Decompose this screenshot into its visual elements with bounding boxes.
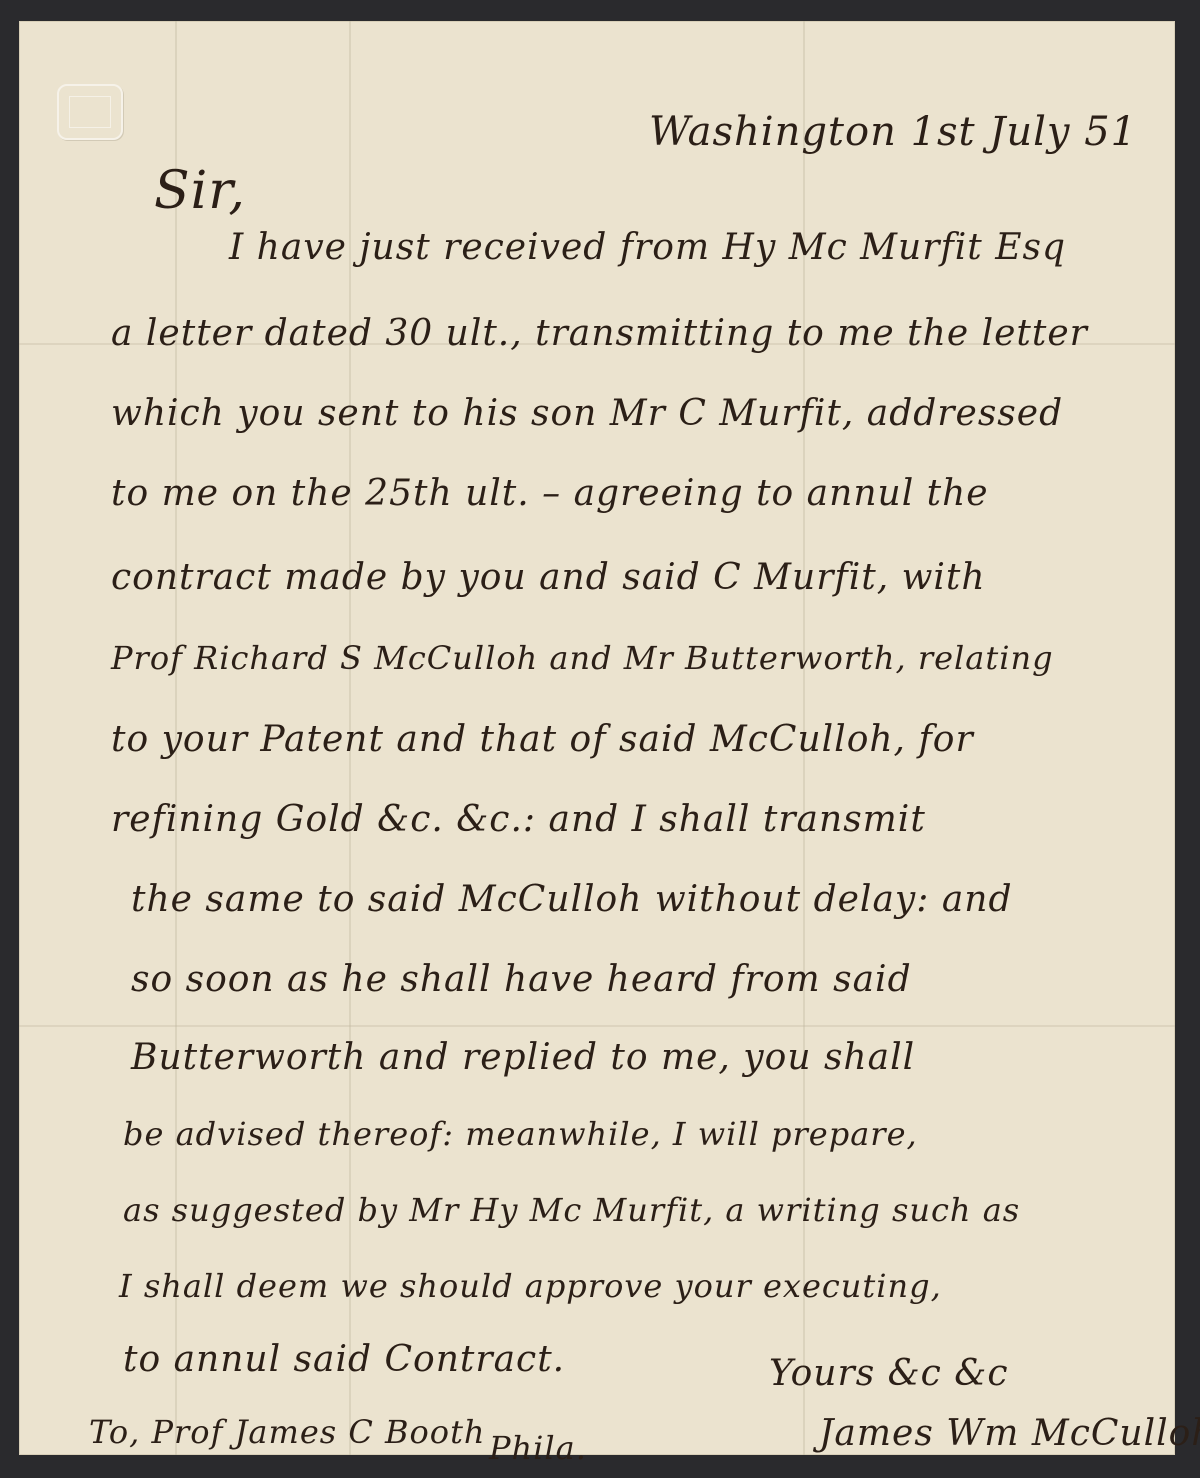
- body-line: as suggested by Mr Hy Mc Murfit, a writi…: [123, 1191, 1020, 1229]
- salutation: Sir,: [154, 161, 246, 221]
- addressee: To, Prof James C Booth: [89, 1413, 486, 1451]
- dateline: Washington 1st July 51: [649, 109, 1137, 155]
- letter-page: Washington 1st July 51 Sir, I have just …: [19, 21, 1175, 1455]
- addressee-place: Phila.: [489, 1429, 587, 1467]
- body-line: Prof Richard S McCulloh and Mr Butterwor…: [111, 639, 1054, 677]
- body-line: I shall deem we should approve your exec…: [119, 1267, 942, 1305]
- body-line: to me on the 25th ult. – agreeing to ann…: [111, 473, 989, 514]
- body-line: I have just received from Hy Mc Murfit E…: [229, 227, 1066, 268]
- body-line: contract made by you and said C Murfit, …: [111, 557, 986, 598]
- fold-line: [19, 1025, 1175, 1027]
- embossed-stationery-mark: [57, 84, 123, 140]
- body-line: Butterworth and replied to me, you shall: [131, 1037, 915, 1078]
- signature: James Wm McCulloh: [819, 1413, 1200, 1454]
- body-line: to annul said Contract.: [123, 1339, 565, 1380]
- body-line: refining Gold &c. &c.: and I shall trans…: [111, 799, 926, 840]
- body-line: the same to said McCulloh without delay:…: [131, 879, 1013, 920]
- body-line: to your Patent and that of said McCulloh…: [111, 719, 974, 760]
- closing: Yours &c &c: [769, 1353, 1008, 1394]
- body-line: which you sent to his son Mr C Murfit, a…: [111, 393, 1063, 434]
- body-line: be advised thereof: meanwhile, I will pr…: [123, 1115, 918, 1153]
- body-line: so soon as he shall have heard from said: [131, 959, 912, 1000]
- body-line: a letter dated 30 ult., transmitting to …: [111, 313, 1088, 354]
